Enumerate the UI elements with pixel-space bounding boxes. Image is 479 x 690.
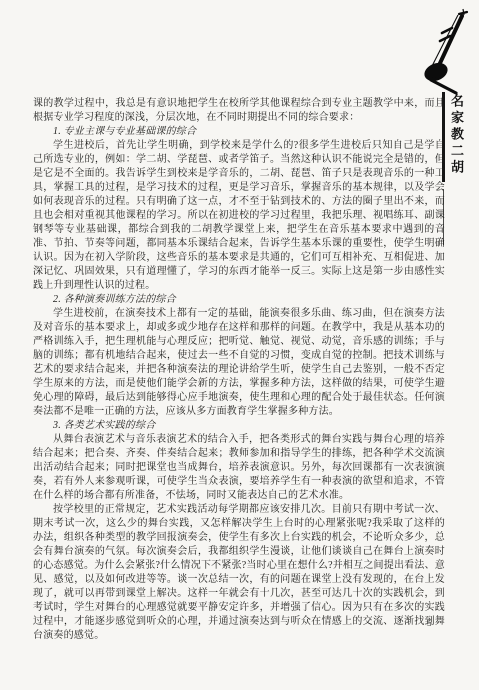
page-number: 5 xyxy=(427,619,432,629)
section-2-paragraph: 学生进校前，在演奏技术上都有一定的基础，能演奏很多乐曲、练习曲，但在演奏方法及对… xyxy=(33,307,445,419)
article-body: 课的教学过程中，我总是有意识地把学生在校所学其他课程综合到专业主题教学中来，而且… xyxy=(33,97,445,643)
erhu-icon xyxy=(422,6,476,100)
section-3-heading: 3. 各类艺术实践的综合 xyxy=(33,419,445,433)
section-1-paragraph: 学生进校后，首先让学生明确，到学校来是学什么的?很多学生进校后只知自己是学自己所… xyxy=(33,139,445,293)
scanned-book-page: 名家教二胡 课的教学过程中，我总是有意识地把学生在校所学其他课程综合到专业主题教… xyxy=(0,0,479,690)
paragraph-intro-continuation: 课的教学过程中，我总是有意识地把学生在校所学其他课程综合到专业主题教学中来，而且… xyxy=(33,97,445,125)
section-1-heading: 1. 专业主课与专业基础课的综合 xyxy=(33,125,445,139)
section-3-paragraph-1: 从舞台表演艺术与音乐表演艺术的结合入手，把各类形式的舞台实践与舞台心理的培养结合… xyxy=(33,433,445,503)
section-2-heading: 2. 各种演奏训练方法的综合 xyxy=(33,293,445,307)
section-3-paragraph-2: 按学校里的正常规定，艺术实践活动每学期都应该安排几次。目前只有期中考试一次、期末… xyxy=(33,503,445,643)
series-title-vertical: 名家教二胡 xyxy=(447,94,466,177)
